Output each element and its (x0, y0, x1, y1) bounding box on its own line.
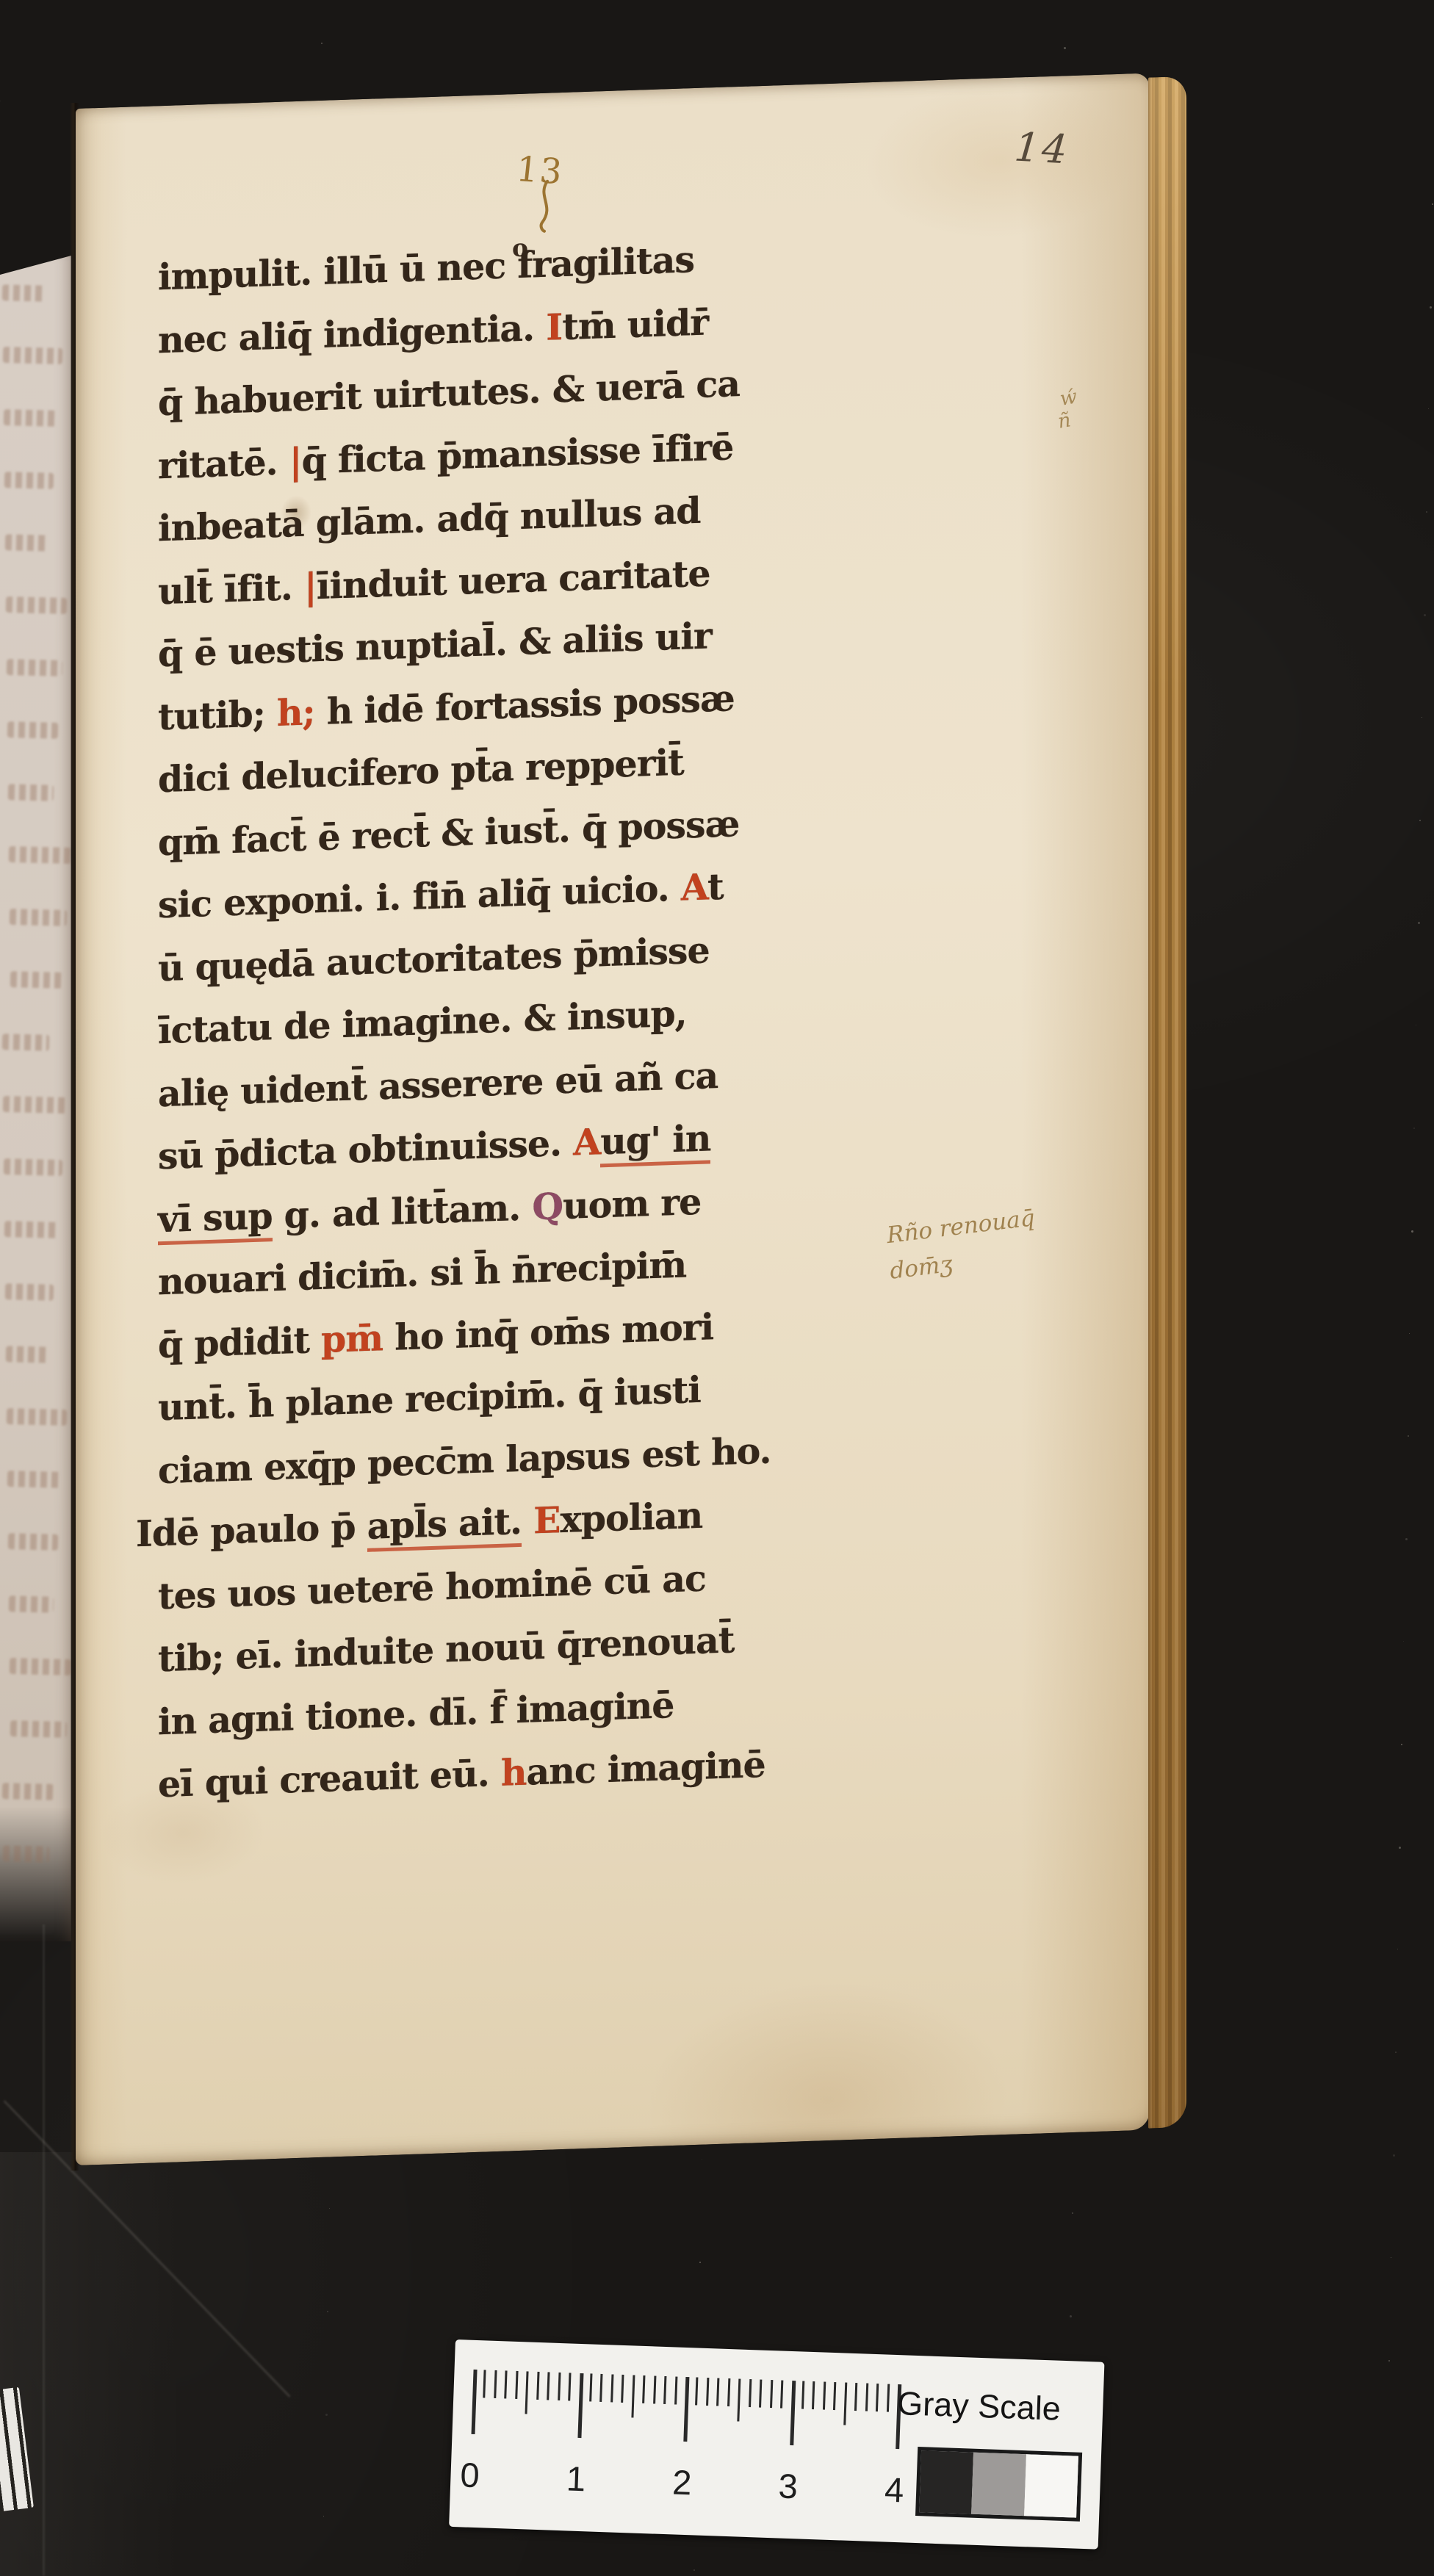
ruler-tick (653, 2375, 656, 2403)
ruler-tick (886, 2384, 889, 2412)
dust-speck (699, 2262, 701, 2263)
ink-text: tm̄ uidr̄ (562, 300, 708, 348)
gray-scale-patch (919, 2450, 973, 2514)
ruler-tick (600, 2374, 603, 2402)
ruler-number: 0 (460, 2454, 480, 2495)
ruler-number: 1 (566, 2458, 586, 2499)
ghost-text-line (4, 409, 59, 427)
margin-mark-glyph: ñ (1056, 408, 1081, 433)
rubricated-text: apl̄s ait. (367, 1500, 522, 1552)
dust-speck (323, 2516, 324, 2517)
rubricated-text: A (681, 865, 707, 909)
glass-sheet-reflection (0, 2152, 184, 2576)
quire-number-flourish-icon (536, 179, 558, 237)
folio-number: 14 (1012, 123, 1071, 173)
ghost-text-line (5, 534, 50, 551)
rubricated-text: Q (532, 1185, 563, 1228)
dust-speck (1405, 1538, 1408, 1540)
parchment-leaf: 13 o 14 ẃ ñ impulit. illū ū nec fragilit… (76, 73, 1150, 2165)
dust-speck (1411, 1230, 1413, 1233)
ghost-text-line (7, 1471, 63, 1488)
ruler-tick (833, 2382, 836, 2410)
ruler-tick (854, 2383, 857, 2411)
rubricated-text: I (546, 306, 562, 349)
ruler-tick (558, 2373, 561, 2400)
rubricated-text: h; (277, 690, 315, 735)
ruler-tick (812, 2381, 815, 2409)
ruler-number: 3 (778, 2465, 799, 2506)
ghost-text-line (9, 1595, 54, 1612)
ruler-tick (770, 2380, 773, 2408)
ghost-text-line (10, 1658, 72, 1675)
ruler-tick (696, 2377, 699, 2405)
ink-text (522, 1499, 533, 1543)
ruler-tick (780, 2381, 783, 2409)
ruler-tick (738, 2378, 741, 2421)
ghost-text-line (10, 909, 68, 926)
ruler-tick (801, 2381, 804, 2409)
ink-text: ult̄ īfit. (158, 565, 304, 613)
dust-speck (321, 43, 323, 44)
text-block: impulit. illū ū nec fragilitasnec aliq̄ … (158, 231, 922, 1826)
dust-speck (1403, 1641, 1404, 1642)
ruler-tick (568, 2373, 571, 2400)
ink-text: impulit. illū ū nec fragilitas (158, 238, 694, 298)
ruler-tick (865, 2384, 868, 2411)
ink-text: t (707, 865, 724, 909)
gray-scale-patch (1024, 2454, 1078, 2517)
ghost-text-line (2, 284, 46, 301)
rubricated-text: | (289, 439, 302, 483)
ghost-text-line (3, 1845, 50, 1863)
ruler-tick (759, 2379, 762, 2407)
rubricated-text: ug' in (600, 1116, 710, 1167)
ghost-text-line (4, 1158, 63, 1176)
facing-page-edge (0, 256, 71, 1941)
ink-text: q̄ pdidit (158, 1318, 321, 1365)
dust-speck (1419, 820, 1421, 821)
dust-speck (1395, 2052, 1397, 2053)
ink-text: Idē paulo p̄ (136, 1505, 367, 1555)
rubricated-text: | (304, 565, 317, 608)
ruler-tick (727, 2378, 730, 2406)
ruler-tick (876, 2384, 879, 2411)
dust-speck (1426, 511, 1427, 513)
dust-speck (1397, 1949, 1398, 1949)
dust-speck (1072, 2212, 1073, 2214)
ink-text: xpolian (560, 1494, 702, 1541)
dust-speck (1418, 922, 1420, 924)
margin-mark-glyph: ẃ (1059, 386, 1078, 411)
rubricated-text: A (573, 1120, 600, 1163)
ruler-tick (494, 2370, 497, 2398)
dust-speck (329, 2208, 330, 2209)
ruler-tick (642, 2375, 645, 2403)
ghost-text-line (7, 1408, 68, 1426)
ghost-text-line (3, 1096, 68, 1114)
ruler-tick (547, 2372, 550, 2400)
dust-speck (1388, 2360, 1390, 2362)
ghost-text-line (5, 1283, 54, 1301)
ruler-tick (610, 2374, 613, 2402)
ruler-tick (515, 2371, 518, 2399)
dust-speck (1409, 1333, 1410, 1334)
dust-speck (1413, 1128, 1415, 1129)
dust-speck (1432, 203, 1433, 205)
ruler-tick (525, 2371, 529, 2414)
ghost-text-line (10, 971, 63, 989)
dust-speck (1416, 1025, 1416, 1025)
ink-text: uom re (563, 1180, 701, 1227)
manuscript-photo: 13 o 14 ẃ ñ impulit. illū ū nec fragilit… (0, 0, 1434, 2576)
ghost-text-line (9, 846, 72, 864)
margin-mark: ẃ ñ (1059, 386, 1081, 433)
dust-speck (1393, 2154, 1395, 2157)
dust-speck (1399, 1847, 1401, 1849)
ruler-tick (823, 2382, 826, 2410)
rubricated-text: h (501, 1751, 527, 1794)
dust-speck (1391, 2257, 1391, 2258)
ink-text: anc imaginē (526, 1743, 765, 1794)
ruler-tick (674, 2376, 677, 2404)
dust-speck (327, 2311, 328, 2312)
ruler-tick (536, 2372, 539, 2400)
dust-speck (325, 2414, 328, 2416)
gray-scale-patches (915, 2447, 1082, 2522)
ghost-text-line (7, 659, 63, 677)
ruler-tick (706, 2378, 709, 2406)
ruler-tick (683, 2377, 689, 2442)
ghost-text-line (4, 1221, 59, 1238)
ruler-tick (716, 2378, 719, 2406)
ruler-tick (749, 2379, 752, 2407)
ruler-tick (631, 2375, 635, 2417)
ruler-tick (621, 2375, 624, 2403)
dust-speck (1424, 614, 1426, 616)
ruler-tick (505, 2370, 508, 2398)
glass-edge-line (43, 1924, 45, 2576)
book-fore-edge (1148, 76, 1186, 2129)
dust-speck (1070, 2315, 1072, 2317)
ghost-text-line (6, 1346, 50, 1363)
dust-speck (1401, 1744, 1402, 1745)
quire-number: 13 o (516, 150, 563, 192)
ink-text: ritatē. (158, 440, 289, 487)
ghost-text-line (3, 347, 63, 364)
gray-scale-label: Gray Scale (896, 2384, 1061, 2428)
ghost-text-line (4, 472, 54, 489)
dust-speck (1430, 306, 1432, 309)
gray-scale-patch (971, 2453, 1026, 2516)
ink-text: tutib; (158, 691, 277, 737)
ghost-text-line (6, 596, 68, 614)
ghost-text-line (2, 1033, 50, 1051)
ruler-tick (843, 2383, 847, 2425)
manuscript-page: 13 o 14 ẃ ñ impulit. illū ū nec fragilit… (76, 72, 1186, 2165)
ghost-text-line (7, 721, 59, 739)
ruler-tick (472, 2370, 478, 2434)
ruler-number: 2 (671, 2461, 692, 2503)
ruler-tick (577, 2373, 583, 2438)
dust-speck (1408, 1435, 1409, 1437)
ruler-tick (483, 2370, 486, 2398)
ruler-tick (790, 2381, 796, 2445)
ghost-text-line (10, 1720, 68, 1738)
ruler-tick (589, 2373, 592, 2401)
dust-speck (1064, 47, 1066, 49)
ghost-text-line (2, 1783, 54, 1800)
rubricated-text: vī sup (158, 1194, 273, 1245)
ruler-number: 4 (884, 2469, 904, 2511)
rubricated-text: E (533, 1498, 560, 1542)
scale-card: 01234 Gray Scale (449, 2339, 1104, 2550)
dust-speck (0, 101, 1, 101)
ink-text: g. ad litt̄am. (273, 1186, 533, 1237)
dust-speck (1422, 717, 1422, 718)
dust-speck (702, 2159, 702, 2160)
ghost-text-line (8, 1533, 59, 1551)
ghost-text-line (8, 784, 54, 801)
rubricated-text: pm̄ (321, 1316, 383, 1361)
dust-speck (1428, 408, 1429, 409)
dust-speck (693, 2569, 695, 2571)
ruler-tick (663, 2376, 666, 2404)
